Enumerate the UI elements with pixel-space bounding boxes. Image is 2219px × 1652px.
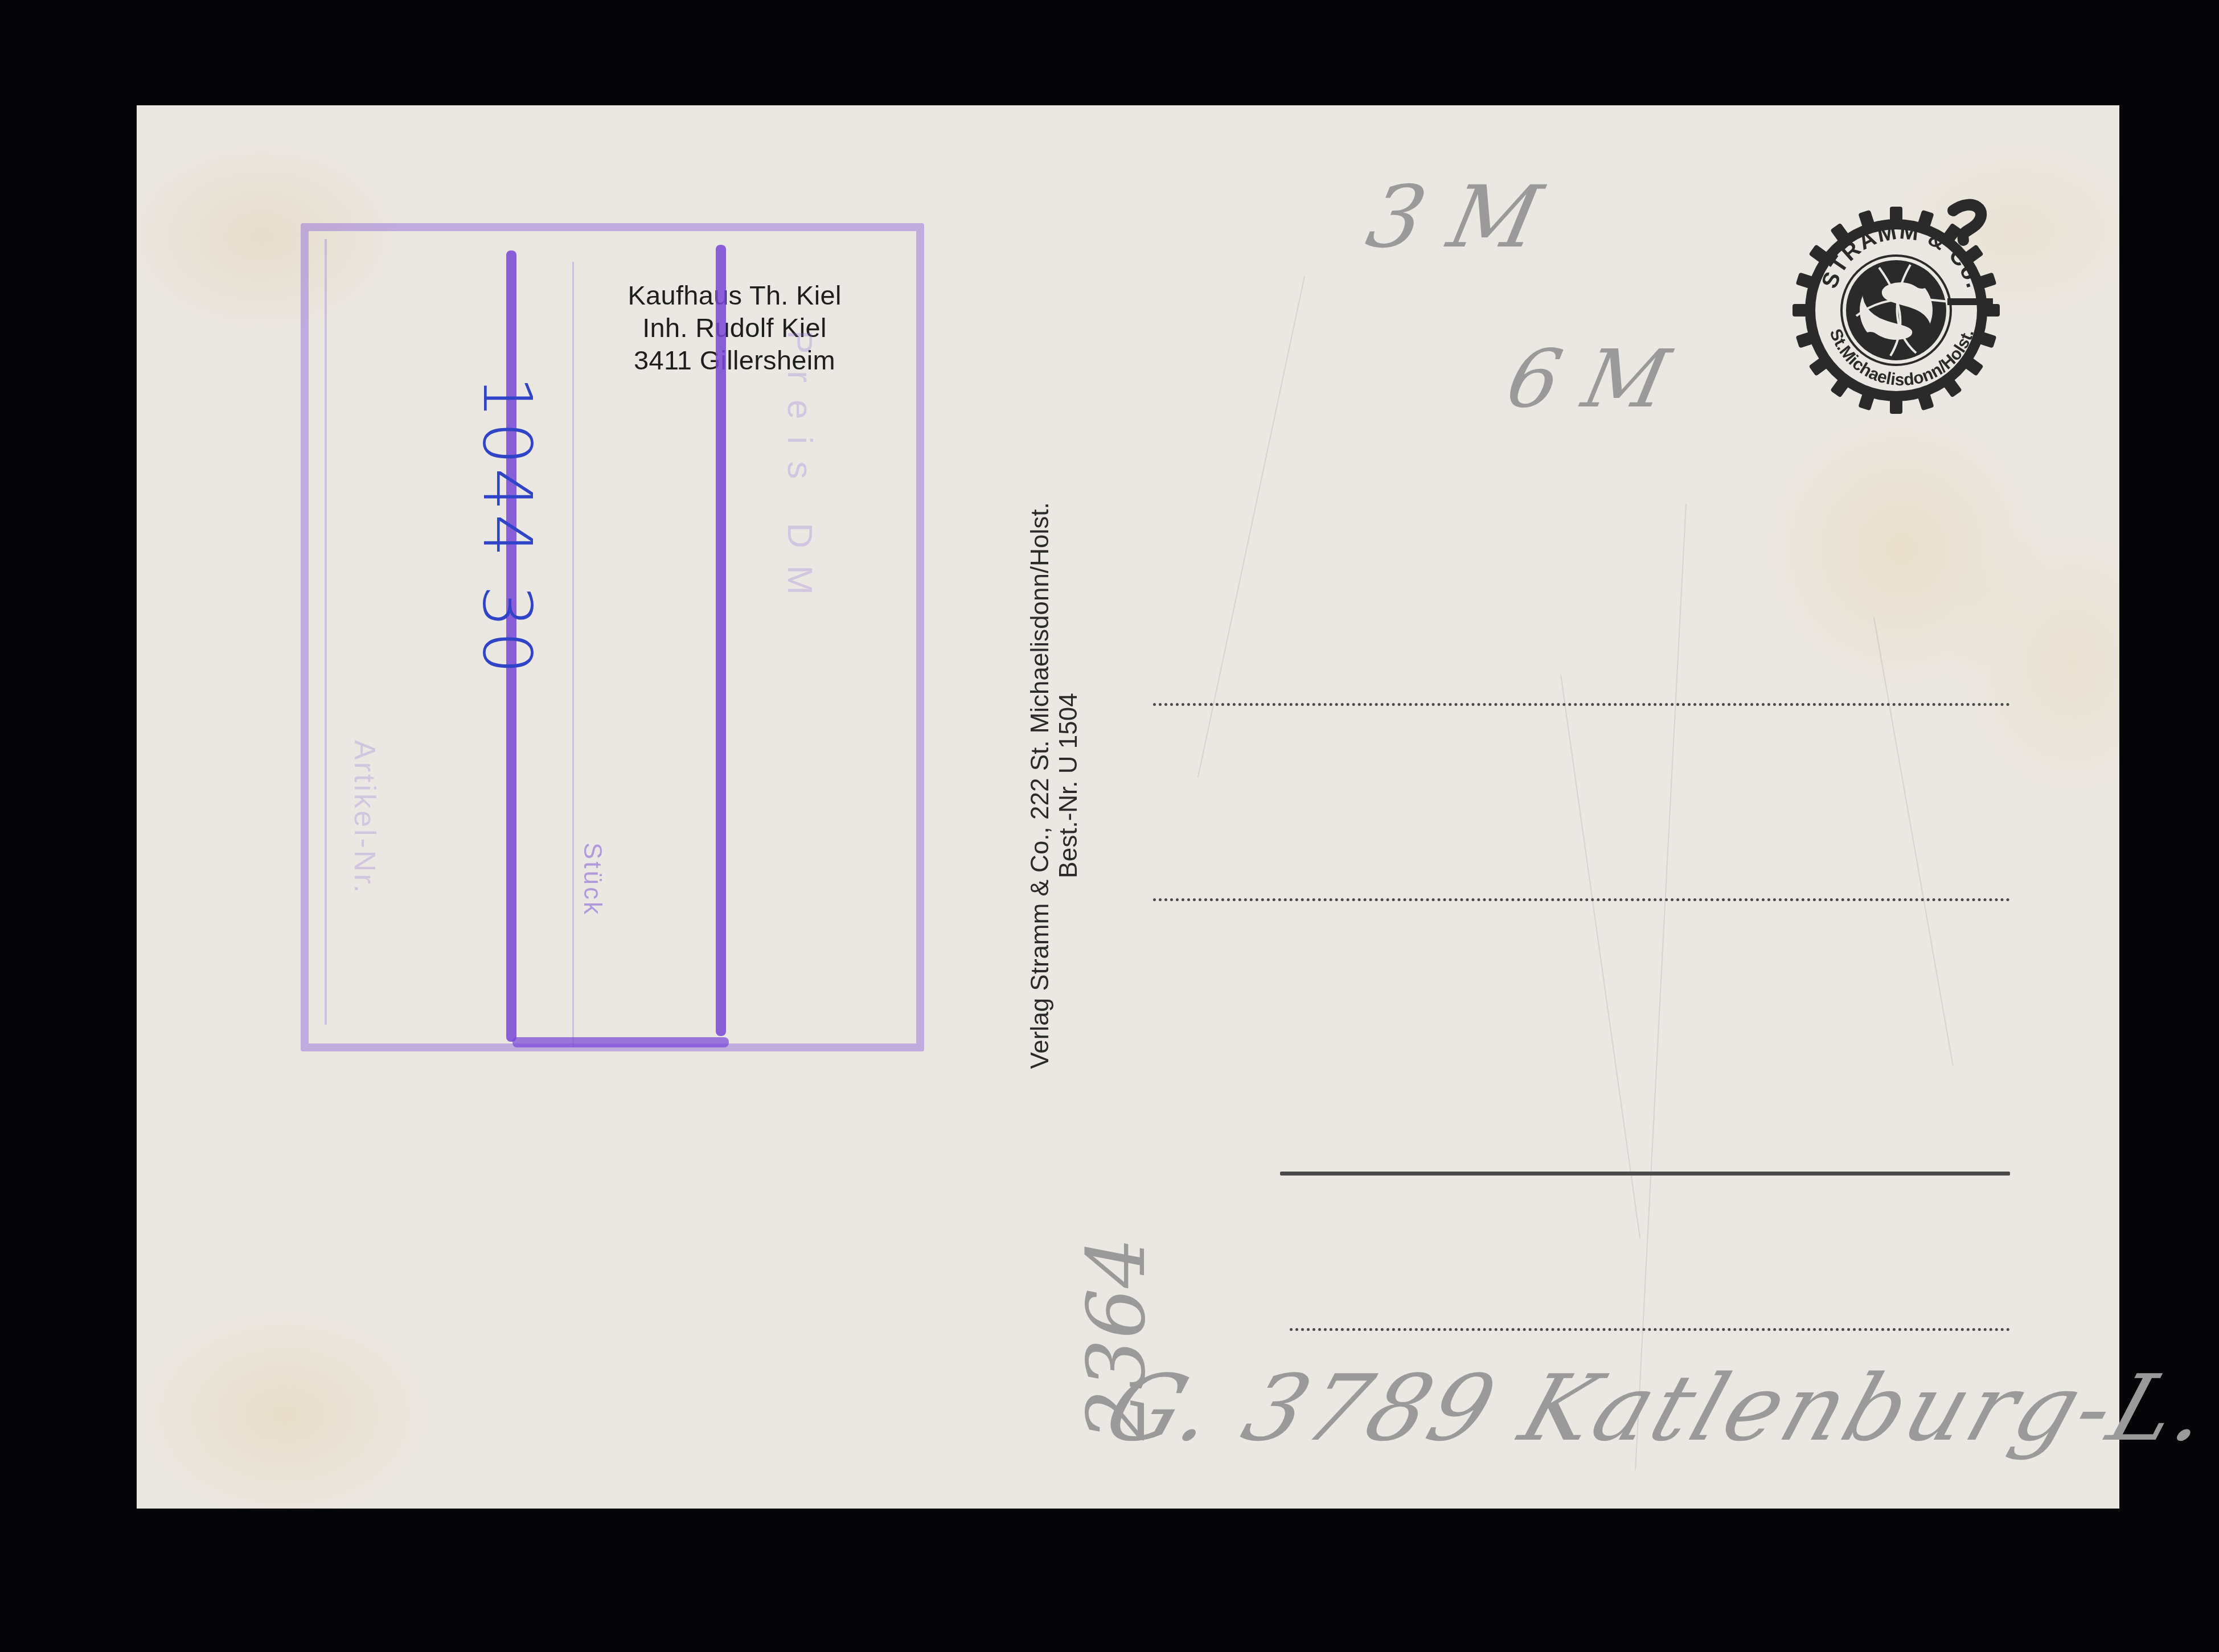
gear-seal-logo-icon: STRAMM & Co. St.Michaelisdonn/Holst. xyxy=(1782,188,2021,427)
stamp-bar-right xyxy=(716,245,726,1036)
publisher-line-order-number: Best.-Nr. U 1504 xyxy=(1055,396,1083,1176)
stamp-label-stueck: Stück xyxy=(578,843,606,917)
paper-scratch xyxy=(1635,504,1687,1470)
address-line-2 xyxy=(1153,898,2010,901)
stamp-label-article: Artikel-Nr. xyxy=(347,740,382,895)
pencil-note-top-2: 6 M xyxy=(1499,333,1677,426)
pencil-note-bottom: G. 3789 Katlenburg-L. xyxy=(1093,1355,2219,1461)
paper-scratch xyxy=(1560,675,1640,1239)
address-line-1 xyxy=(1153,703,2010,706)
purple-stamp-frame xyxy=(301,223,924,1051)
paper-scratch xyxy=(1873,618,1954,1066)
pencil-note-top-1: 3 M xyxy=(1359,168,1549,267)
handwritten-article-number: 1044 30 xyxy=(468,376,547,677)
address-line-4 xyxy=(1290,1328,2010,1331)
paper-scratch xyxy=(1197,276,1305,778)
stamp-label-price: Preis DM xyxy=(780,330,820,612)
publisher-imprint: Verlag Stramm & Co., 222 St. Michaelisdo… xyxy=(1026,396,1083,1176)
stamp-inner-line xyxy=(325,239,327,1025)
stamp-divider xyxy=(572,262,574,1047)
publisher-line-name: Verlag Stramm & Co., 222 St. Michaelisdo… xyxy=(1026,396,1055,1176)
address-line-3 xyxy=(1280,1172,2010,1176)
stamp-bottom-bar xyxy=(512,1037,729,1047)
